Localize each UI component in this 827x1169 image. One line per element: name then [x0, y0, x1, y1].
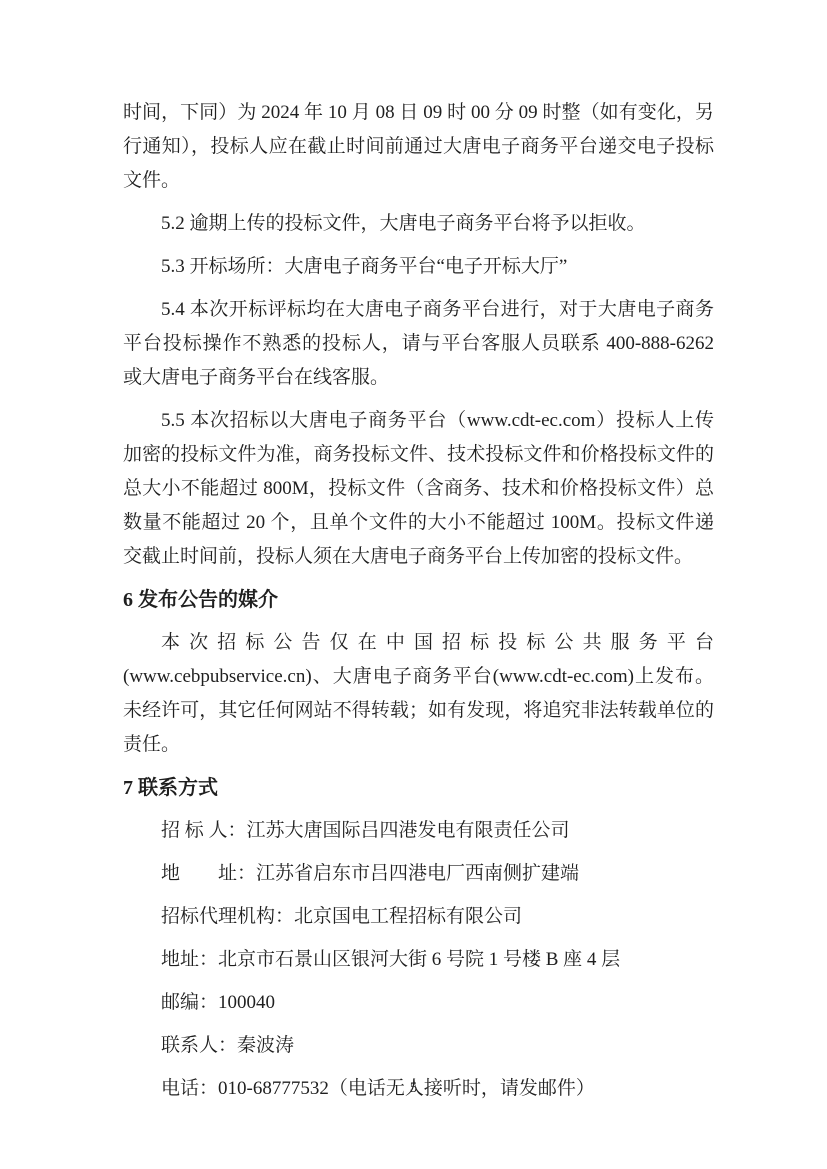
section-6-heading: 6 发布公告的媒介: [123, 583, 714, 617]
contact-line-tenderer: 招 标 人：江苏大唐国际吕四港发电有限责任公司: [123, 814, 714, 848]
paragraph-clause-5-3: 5.3 开标场所：大唐电子商务平台“电子开标大厅”: [123, 250, 714, 284]
paragraph-clause-5-5: 5.5 本次招标以大唐电子商务平台（www.cdt-ec.com）投标人上传加密…: [123, 404, 714, 574]
section-6-paragraph: 本次招标公告仅在中国招标投标公共服务平台(www.cebpubservice.c…: [123, 626, 714, 762]
contact-line-tenderer-address: 地 址：江苏省启东市吕四港电厂西南侧扩建端: [123, 857, 714, 891]
paragraph-clause-5-2: 5.2 逾期上传的投标文件，大唐电子商务平台将予以拒收。: [123, 207, 714, 241]
contact-line-postcode: 邮编：100040: [123, 986, 714, 1020]
page-number: 5: [0, 1078, 827, 1098]
contact-line-contact-person: 联系人：秦波涛: [123, 1029, 714, 1063]
paragraph-clause-5-4: 5.4 本次开标评标均在大唐电子商务平台进行，对于大唐电子商务平台投标操作不熟悉…: [123, 293, 714, 395]
paragraph-continuation: 时间，下同）为 2024 年 10 月 08 日 09 时 00 分 09 时整…: [123, 96, 714, 198]
document-content: 时间，下同）为 2024 年 10 月 08 日 09 时 00 分 09 时整…: [123, 96, 714, 1115]
section-7-heading: 7 联系方式: [123, 771, 714, 805]
contact-line-agency-address: 地址：北京市石景山区银河大街 6 号院 1 号楼 B 座 4 层: [123, 943, 714, 977]
document-page: { "doc": { "continuation_paragraph": "时间…: [0, 0, 827, 1169]
contact-line-agency: 招标代理机构：北京国电工程招标有限公司: [123, 900, 714, 934]
